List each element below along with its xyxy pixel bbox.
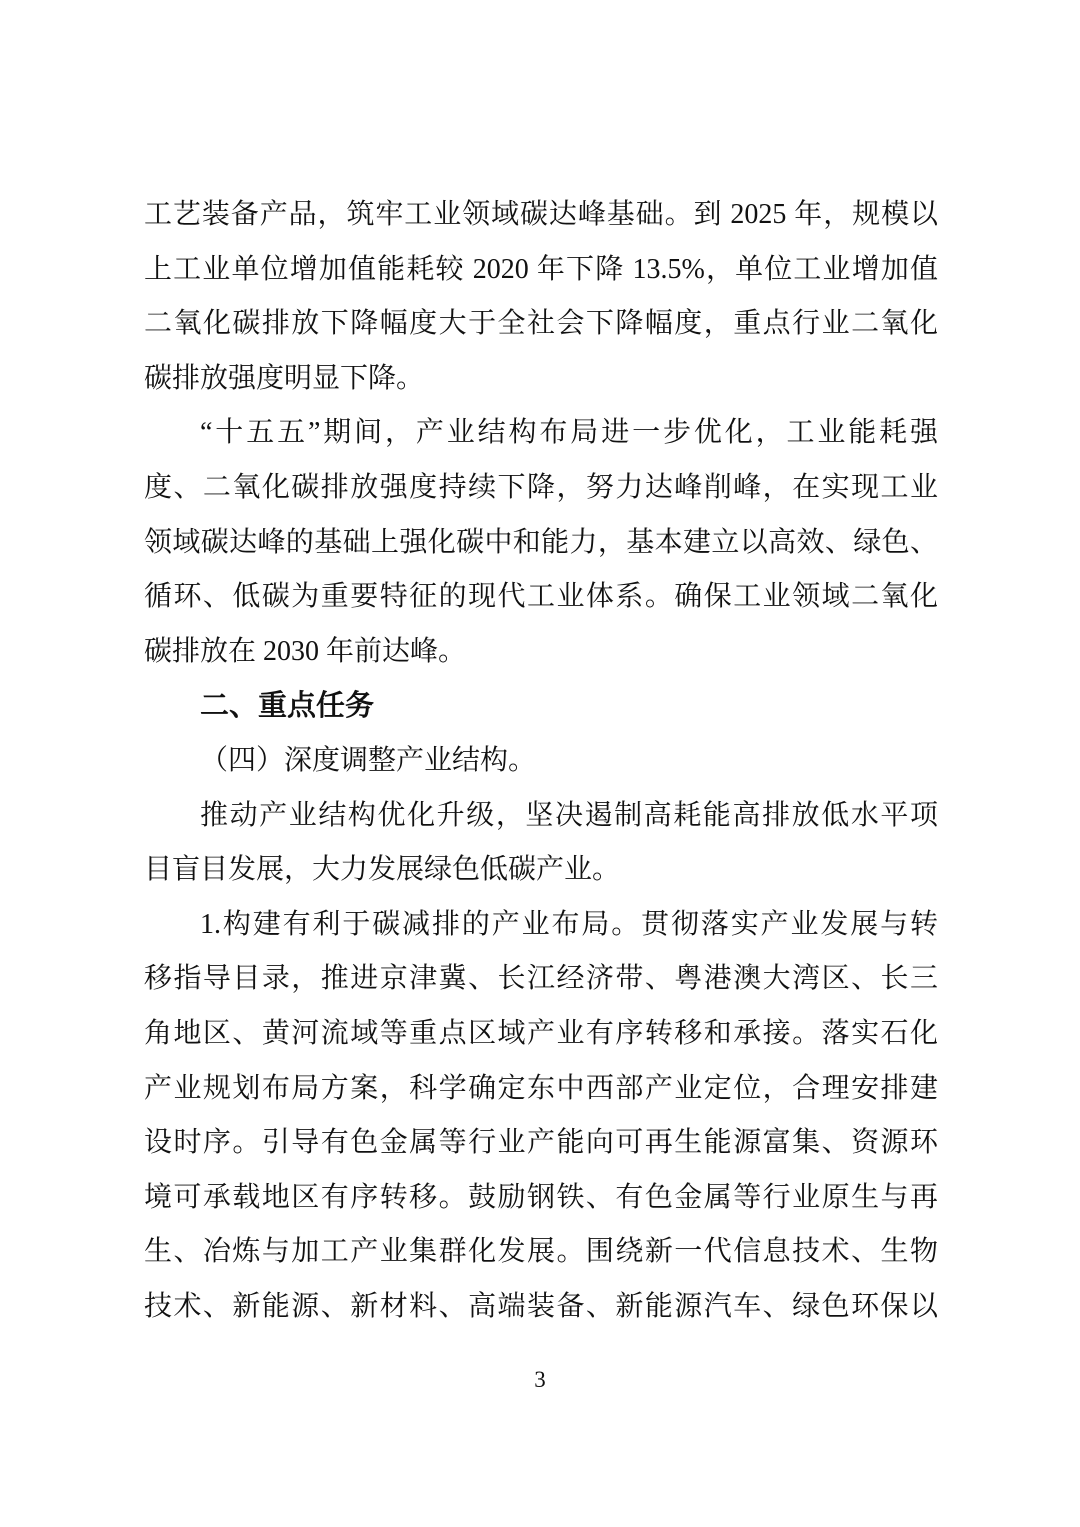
text-line: 角地区、黄河流域等重点区域产业有序转移和承接。落实石化 [144,1007,938,1062]
document-page: 工艺装备产品，筑牢工业领域碳达峰基础。到 2025 年，规模以上工业单位增加值能… [0,0,1080,1527]
section-heading: 二、重点任务 [144,679,938,734]
text-line: 碳排放强度明显下降。 [144,352,938,407]
text-line: 产业规划布局方案，科学确定东中西部产业定位，合理安排建 [144,1062,938,1117]
text-line: 移指导目录，推进京津冀、长江经济带、粤港澳大湾区、长三 [144,952,938,1007]
text-line: 工艺装备产品，筑牢工业领域碳达峰基础。到 2025 年，规模以 [144,188,938,243]
text-line: 上工业单位增加值能耗较 2020 年下降 13.5%，单位工业增加值 [144,243,938,298]
page-number: 3 [0,1362,1080,1398]
text-line: 设时序。引导有色金属等行业产能向可再生能源富集、资源环 [144,1116,938,1171]
text-line: 境可承载地区有序转移。鼓励钢铁、有色金属等行业原生与再 [144,1171,938,1226]
text-line: 目盲目发展，大力发展绿色低碳产业。 [144,843,938,898]
text-line: 生、冶炼与加工产业集群化发展。围绕新一代信息技术、生物 [144,1225,938,1280]
text-line: （四）深度调整产业结构。 [144,734,938,789]
text-line: 循环、低碳为重要特征的现代工业体系。确保工业领域二氧化 [144,570,938,625]
text-line: 度、二氧化碳排放强度持续下降，努力达峰削峰，在实现工业 [144,461,938,516]
text-line: 1.构建有利于碳减排的产业布局。贯彻落实产业发展与转 [144,898,938,953]
text-line: 二氧化碳排放下降幅度大于全社会下降幅度，重点行业二氧化 [144,297,938,352]
text-column: 工艺装备产品，筑牢工业领域碳达峰基础。到 2025 年，规模以上工业单位增加值能… [144,188,938,1334]
text-line: “十五五”期间，产业结构布局进一步优化，工业能耗强 [144,406,938,461]
text-line: 技术、新能源、新材料、高端装备、新能源汽车、绿色环保以 [144,1280,938,1335]
text-line: 推动产业结构优化升级，坚决遏制高耗能高排放低水平项 [144,789,938,844]
text-line: 领域碳达峰的基础上强化碳中和能力，基本建立以高效、绿色、 [144,516,938,571]
text-line: 碳排放在 2030 年前达峰。 [144,625,938,680]
